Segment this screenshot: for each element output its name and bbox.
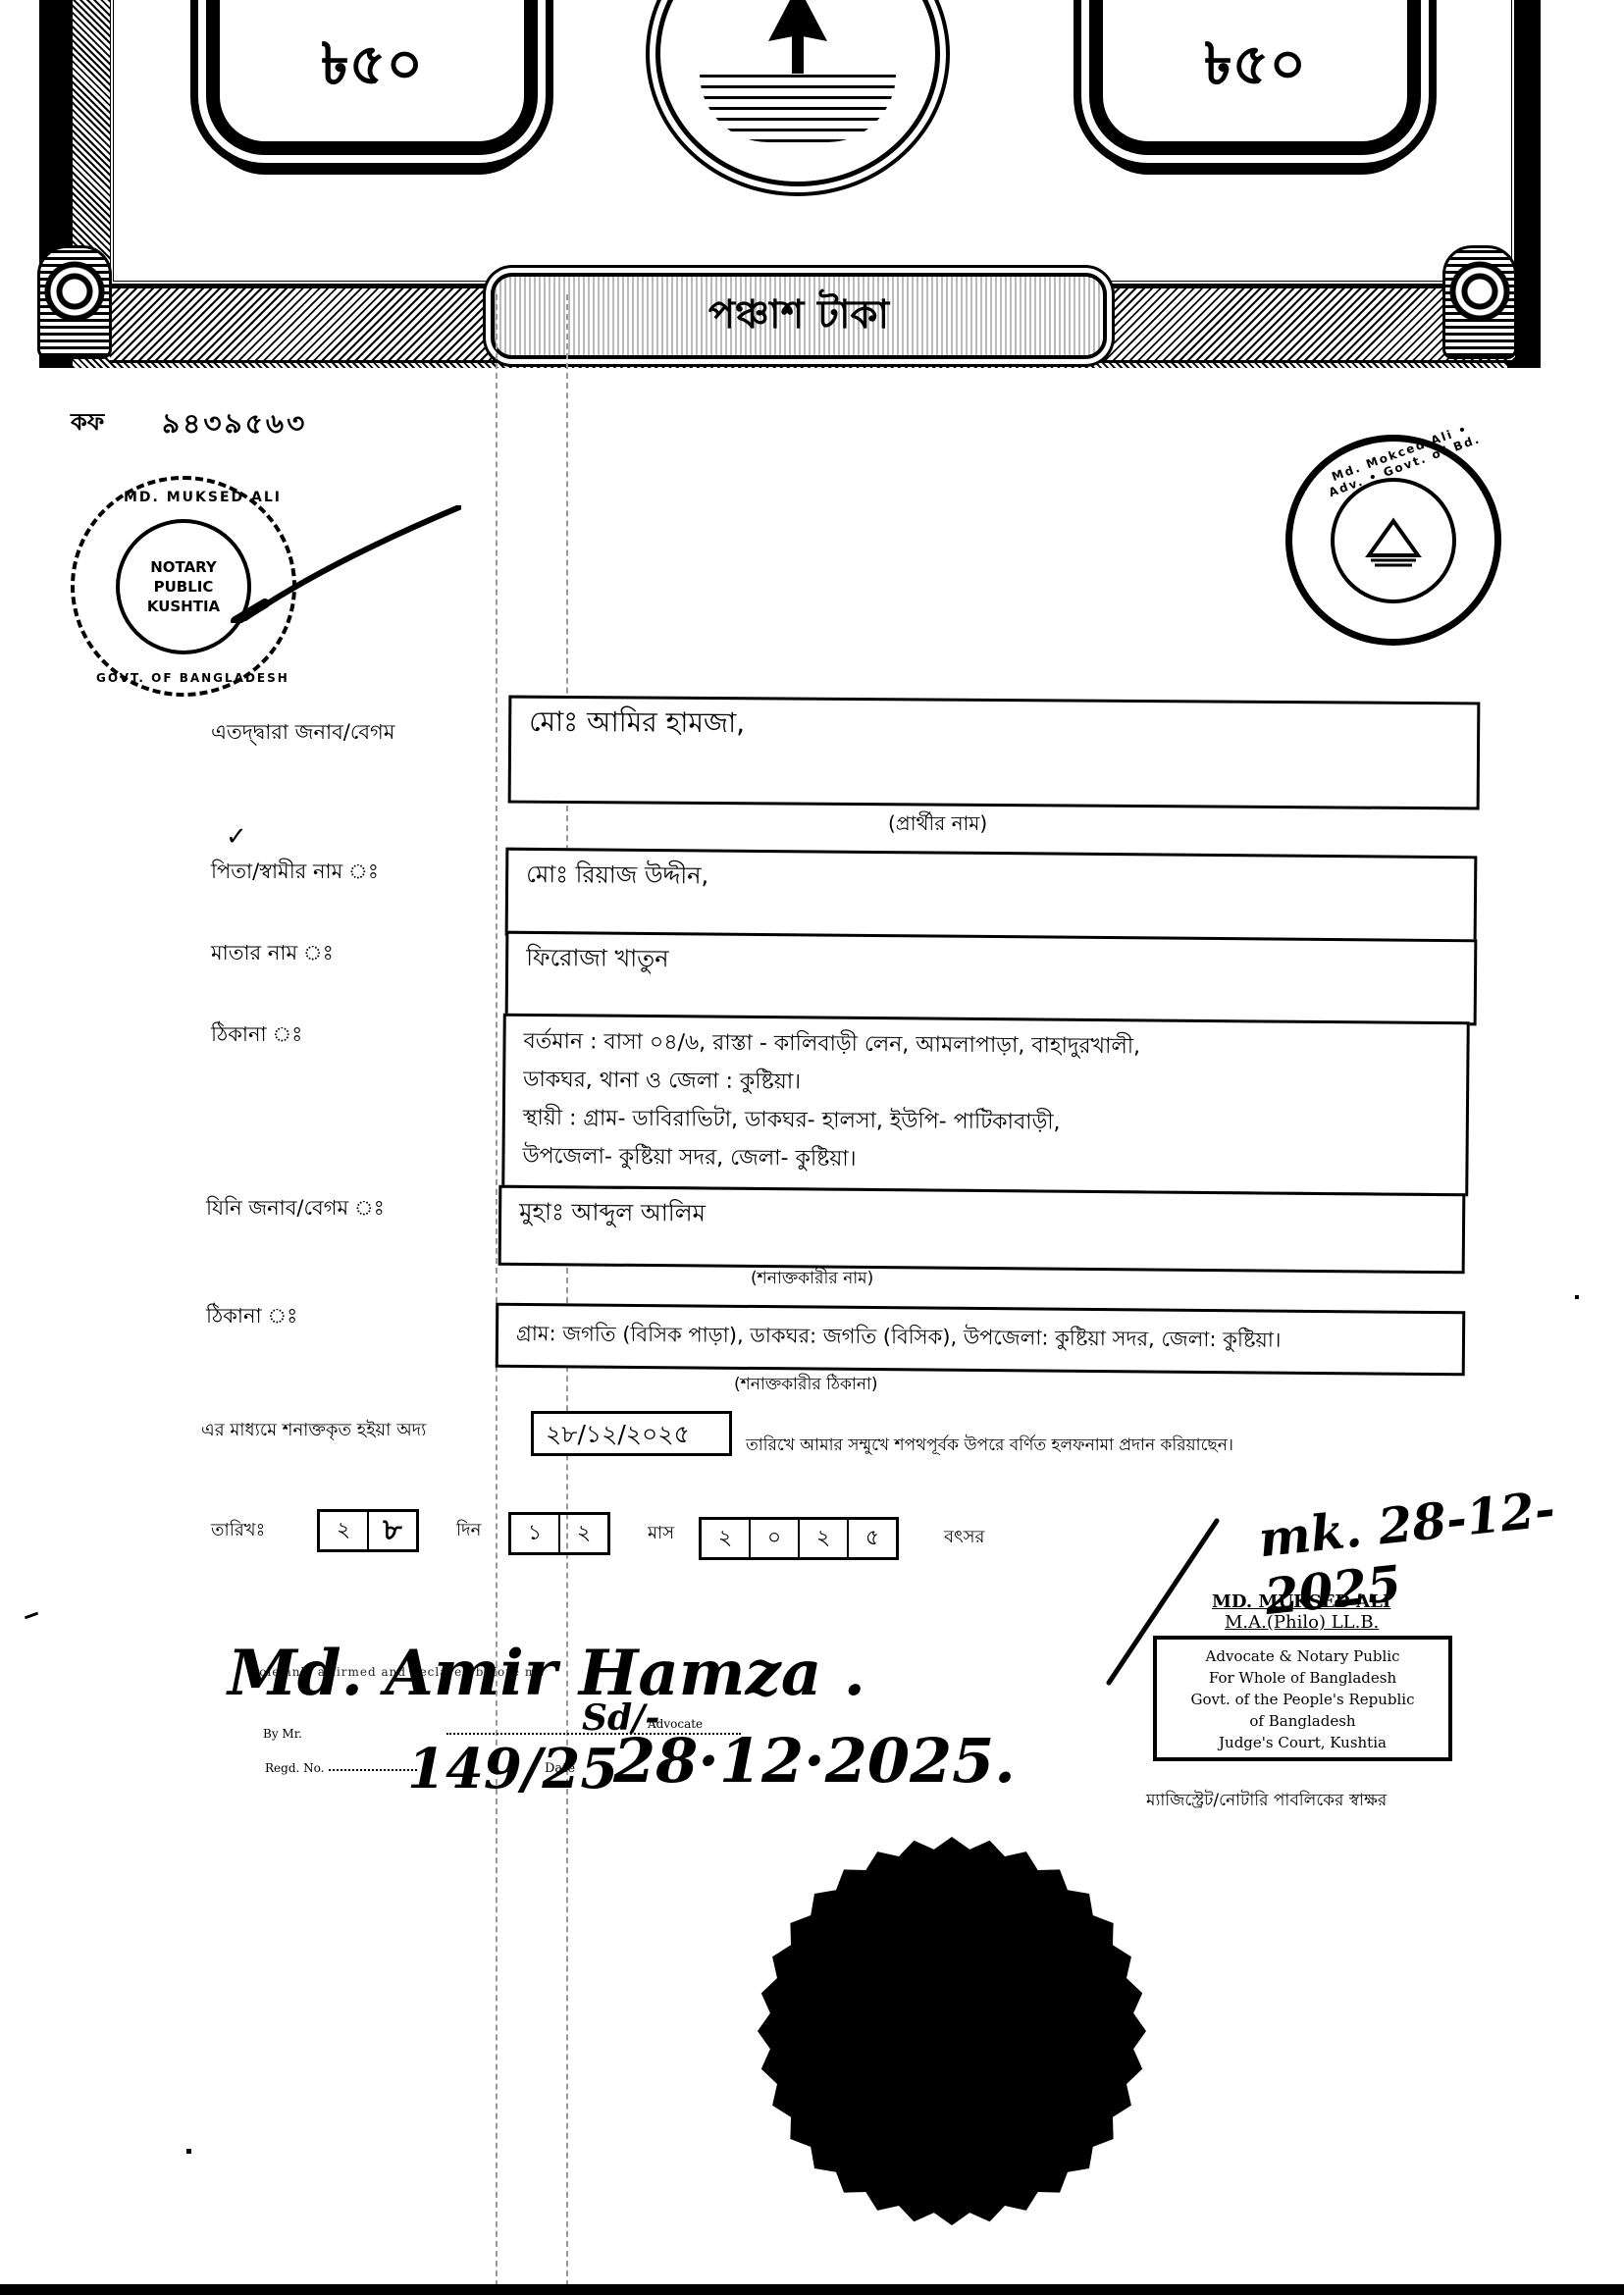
notary-stamp-line: Advocate & Notary Public (1157, 1645, 1448, 1667)
stamp-date: 28·12·2025. (613, 1725, 1016, 1797)
check-mark-icon: ✓ (226, 822, 247, 852)
scan-speck (186, 2149, 191, 2154)
affirmation-by-label: By Mr. (263, 1727, 302, 1741)
mother-name-field: ফিরোজা খাতুন (505, 931, 1478, 1026)
advocate-seal-right: Md. Mokced Ali • Adv. • Govt. of Bd. (1285, 435, 1501, 646)
declaration-date: ২৮/১২/২০২৫ (546, 1420, 690, 1448)
month-label: মাস (648, 1519, 674, 1549)
day-boxes: ২ ৮ (317, 1509, 419, 1552)
mother-name: ফিরোজা খাতুন (526, 944, 669, 972)
deponent-signature: Md. Amir Hamza . (228, 1637, 865, 1710)
corner-ornament-right-icon (1442, 245, 1517, 359)
stamp-value-left: ৳৫০ (206, 0, 538, 155)
dotted-line (329, 1769, 417, 1771)
denomination-plate: পঞ্চাশ টাকা (491, 273, 1107, 359)
leaves-icon (768, 0, 827, 78)
notary-stamp-line: For Whole of Bangladesh (1157, 1667, 1448, 1689)
month-boxes: ১ ২ (508, 1512, 610, 1555)
address-field: বর্তমান : বাসা ০৪/৬, রাস্তা - কালিবাড়ী … (501, 1014, 1470, 1197)
embossed-seal-icon (756, 1835, 1148, 2227)
notary-name: MD. MUKSED ALI (1212, 1591, 1390, 1612)
corner-ornament-left-icon (37, 245, 112, 359)
notary-signature-caption: ম্যাজিস্ট্রেট/নোটারি পাবলিকের স্বাক্ষর (1146, 1788, 1387, 1815)
day-digit: ২ (320, 1512, 369, 1549)
notary-degree: M.A.(Philo) LL.B. (1225, 1612, 1379, 1633)
date-label: তারিখঃ (211, 1516, 265, 1546)
year-digit: ৫ (849, 1520, 896, 1557)
father-husband-label: পিতা/স্বামীর নাম ঃ (211, 856, 379, 890)
month-digit: ২ (560, 1515, 607, 1552)
year-digit: ২ (702, 1520, 751, 1557)
seal-text: PUBLIC (154, 577, 214, 597)
day-digit: ৮ (369, 1512, 416, 1549)
fold-line (496, 294, 498, 2286)
notary-stamp-line: of Bangladesh (1157, 1710, 1448, 1732)
address-label: ঠিকানা ঃ (211, 1018, 302, 1053)
seal-ring-top: MD. MUKSED ALI (124, 490, 282, 505)
water-waves-icon (700, 74, 896, 142)
notary-stamp-line: Judge's Court, Kushtia (1157, 1732, 1448, 1753)
advocate-seal-center (1331, 478, 1456, 603)
applicant-label: এতদ্দ্বারা জনাব/বেগম (211, 716, 394, 751)
fold-line (566, 294, 568, 2286)
identifier-address-field: গ্রাম: জগতি (বিসিক পাড়া), ডাকঘর: জগতি (… (496, 1303, 1466, 1377)
scan-speck (25, 1612, 38, 1620)
identifier-name: মুহাঃ আব্দুল আলিম (519, 1198, 706, 1227)
identifier-label: যিনি জনাব/বেগম ঃ (206, 1192, 385, 1226)
serial-number: ৯৪৩৯৫৬৩ (162, 402, 307, 448)
regd-no-label: Regd. No. (265, 1761, 324, 1775)
serial-prefix: কফ (71, 404, 104, 443)
pen-stroke-icon (206, 505, 461, 623)
scan-speck (1575, 1295, 1579, 1299)
identifier-address-label: ঠিকানা ঃ (206, 1300, 297, 1334)
declaration-suffix: তারিখে আমার সম্মুখে শপথপূর্বক উপরে বর্ণি… (746, 1433, 1233, 1460)
applicant-name-field: মোঃ আমির হামজা, (508, 696, 1481, 810)
declaration-prefix: এর মাধ্যমে শনাক্তকৃত হইয়া অদ্য (201, 1416, 426, 1446)
mother-label: মাতার নাম ঃ (211, 937, 334, 971)
year-digit: ০ (751, 1520, 800, 1557)
seal-ring-bottom: GOVT. OF BANGLADESH (96, 671, 289, 685)
applicant-caption: (প্রার্থীর নাম) (888, 809, 987, 842)
regd-number: 149/25 (407, 1737, 618, 1801)
applicant-name: মোঃ আমির হামজা, (529, 705, 745, 740)
identifier-caption: (শনাক্তকারীর নাম) (751, 1266, 873, 1293)
year-label: বৎসর (944, 1523, 984, 1553)
stamp-value-right: ৳৫০ (1089, 0, 1421, 155)
identifier-name-field: মুহাঃ আব্দুল আলিম (498, 1185, 1466, 1275)
month-digit: ১ (511, 1515, 560, 1552)
year-digit: ২ (800, 1520, 849, 1557)
notary-stamp-line: Govt. of the People's Republic (1157, 1689, 1448, 1710)
year-boxes: ২ ০ ২ ৫ (699, 1517, 899, 1560)
notary-stamp-box: Advocate & Notary Public For Whole of Ba… (1153, 1636, 1452, 1761)
day-label: দিন (456, 1516, 481, 1546)
declaration-date-field: ২৮/১২/২০২৫ (531, 1411, 732, 1456)
emblem-icon (1359, 511, 1428, 570)
address-line: উপজেলা- কুষ্টিয়া সদর, জেলা- কুষ্টিয়া। (522, 1137, 1447, 1183)
denomination-text: পঞ্চাশ টাকা (708, 284, 889, 349)
page-bottom-edge (0, 2284, 1624, 2295)
father-husband-field: মোঃ রিয়াজ উদ্দীন, (505, 848, 1478, 945)
identifier-address: গ্রাম: জগতি (বিসিক পাড়া), ডাকঘর: জগতি (… (516, 1322, 1282, 1352)
father-husband-name: মোঃ রিয়াজ উদ্দীন, (526, 861, 708, 890)
identifier-address-caption: (শনাক্তকারীর ঠিকানা) (734, 1372, 878, 1399)
